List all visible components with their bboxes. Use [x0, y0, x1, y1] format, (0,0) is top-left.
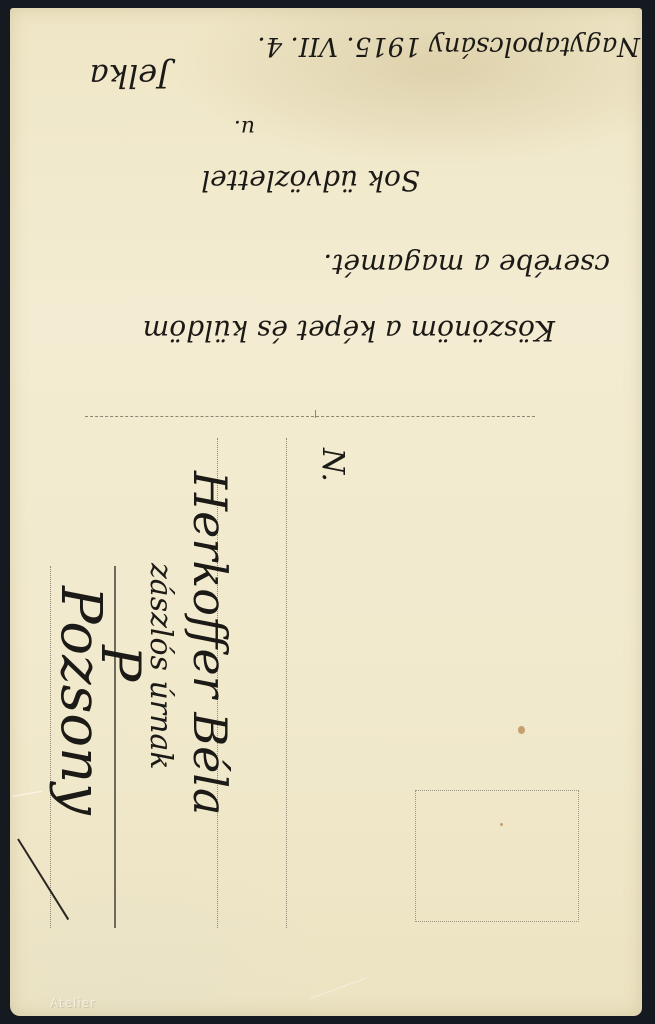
address-name: Herkoffer Béla: [187, 471, 233, 911]
stain-spot: [518, 726, 525, 734]
divider-tick: [315, 410, 316, 418]
signature: Jelka: [30, 60, 170, 92]
stain-dot: [500, 823, 503, 826]
address-guide-line-1: [286, 438, 287, 928]
address-title: zászlós úrnak: [145, 563, 175, 863]
message-line-3: Sok üdvözlettel: [100, 166, 420, 194]
stamp-box: [415, 790, 579, 922]
dateline: Nagytapolcsány 1915. VII. 4.: [260, 33, 640, 59]
message-line-2: cserébe a magamét.: [170, 250, 610, 278]
embossed-mark: Atelier: [50, 996, 96, 1010]
postcard-back: Nagytapolcsány 1915. VII. 4. Jelka u. So…: [10, 8, 642, 1016]
message-line-1: Köszönöm a képet és küldöm: [15, 316, 555, 344]
paper-crease-2: [310, 978, 367, 999]
message-line-4: u.: [215, 116, 255, 138]
address-city: Pozsony: [52, 586, 108, 926]
paper-crease: [12, 791, 42, 797]
address-guide-line-3: [114, 566, 116, 928]
message-divider-line: [85, 416, 535, 417]
address-salutation: N.: [317, 448, 347, 508]
